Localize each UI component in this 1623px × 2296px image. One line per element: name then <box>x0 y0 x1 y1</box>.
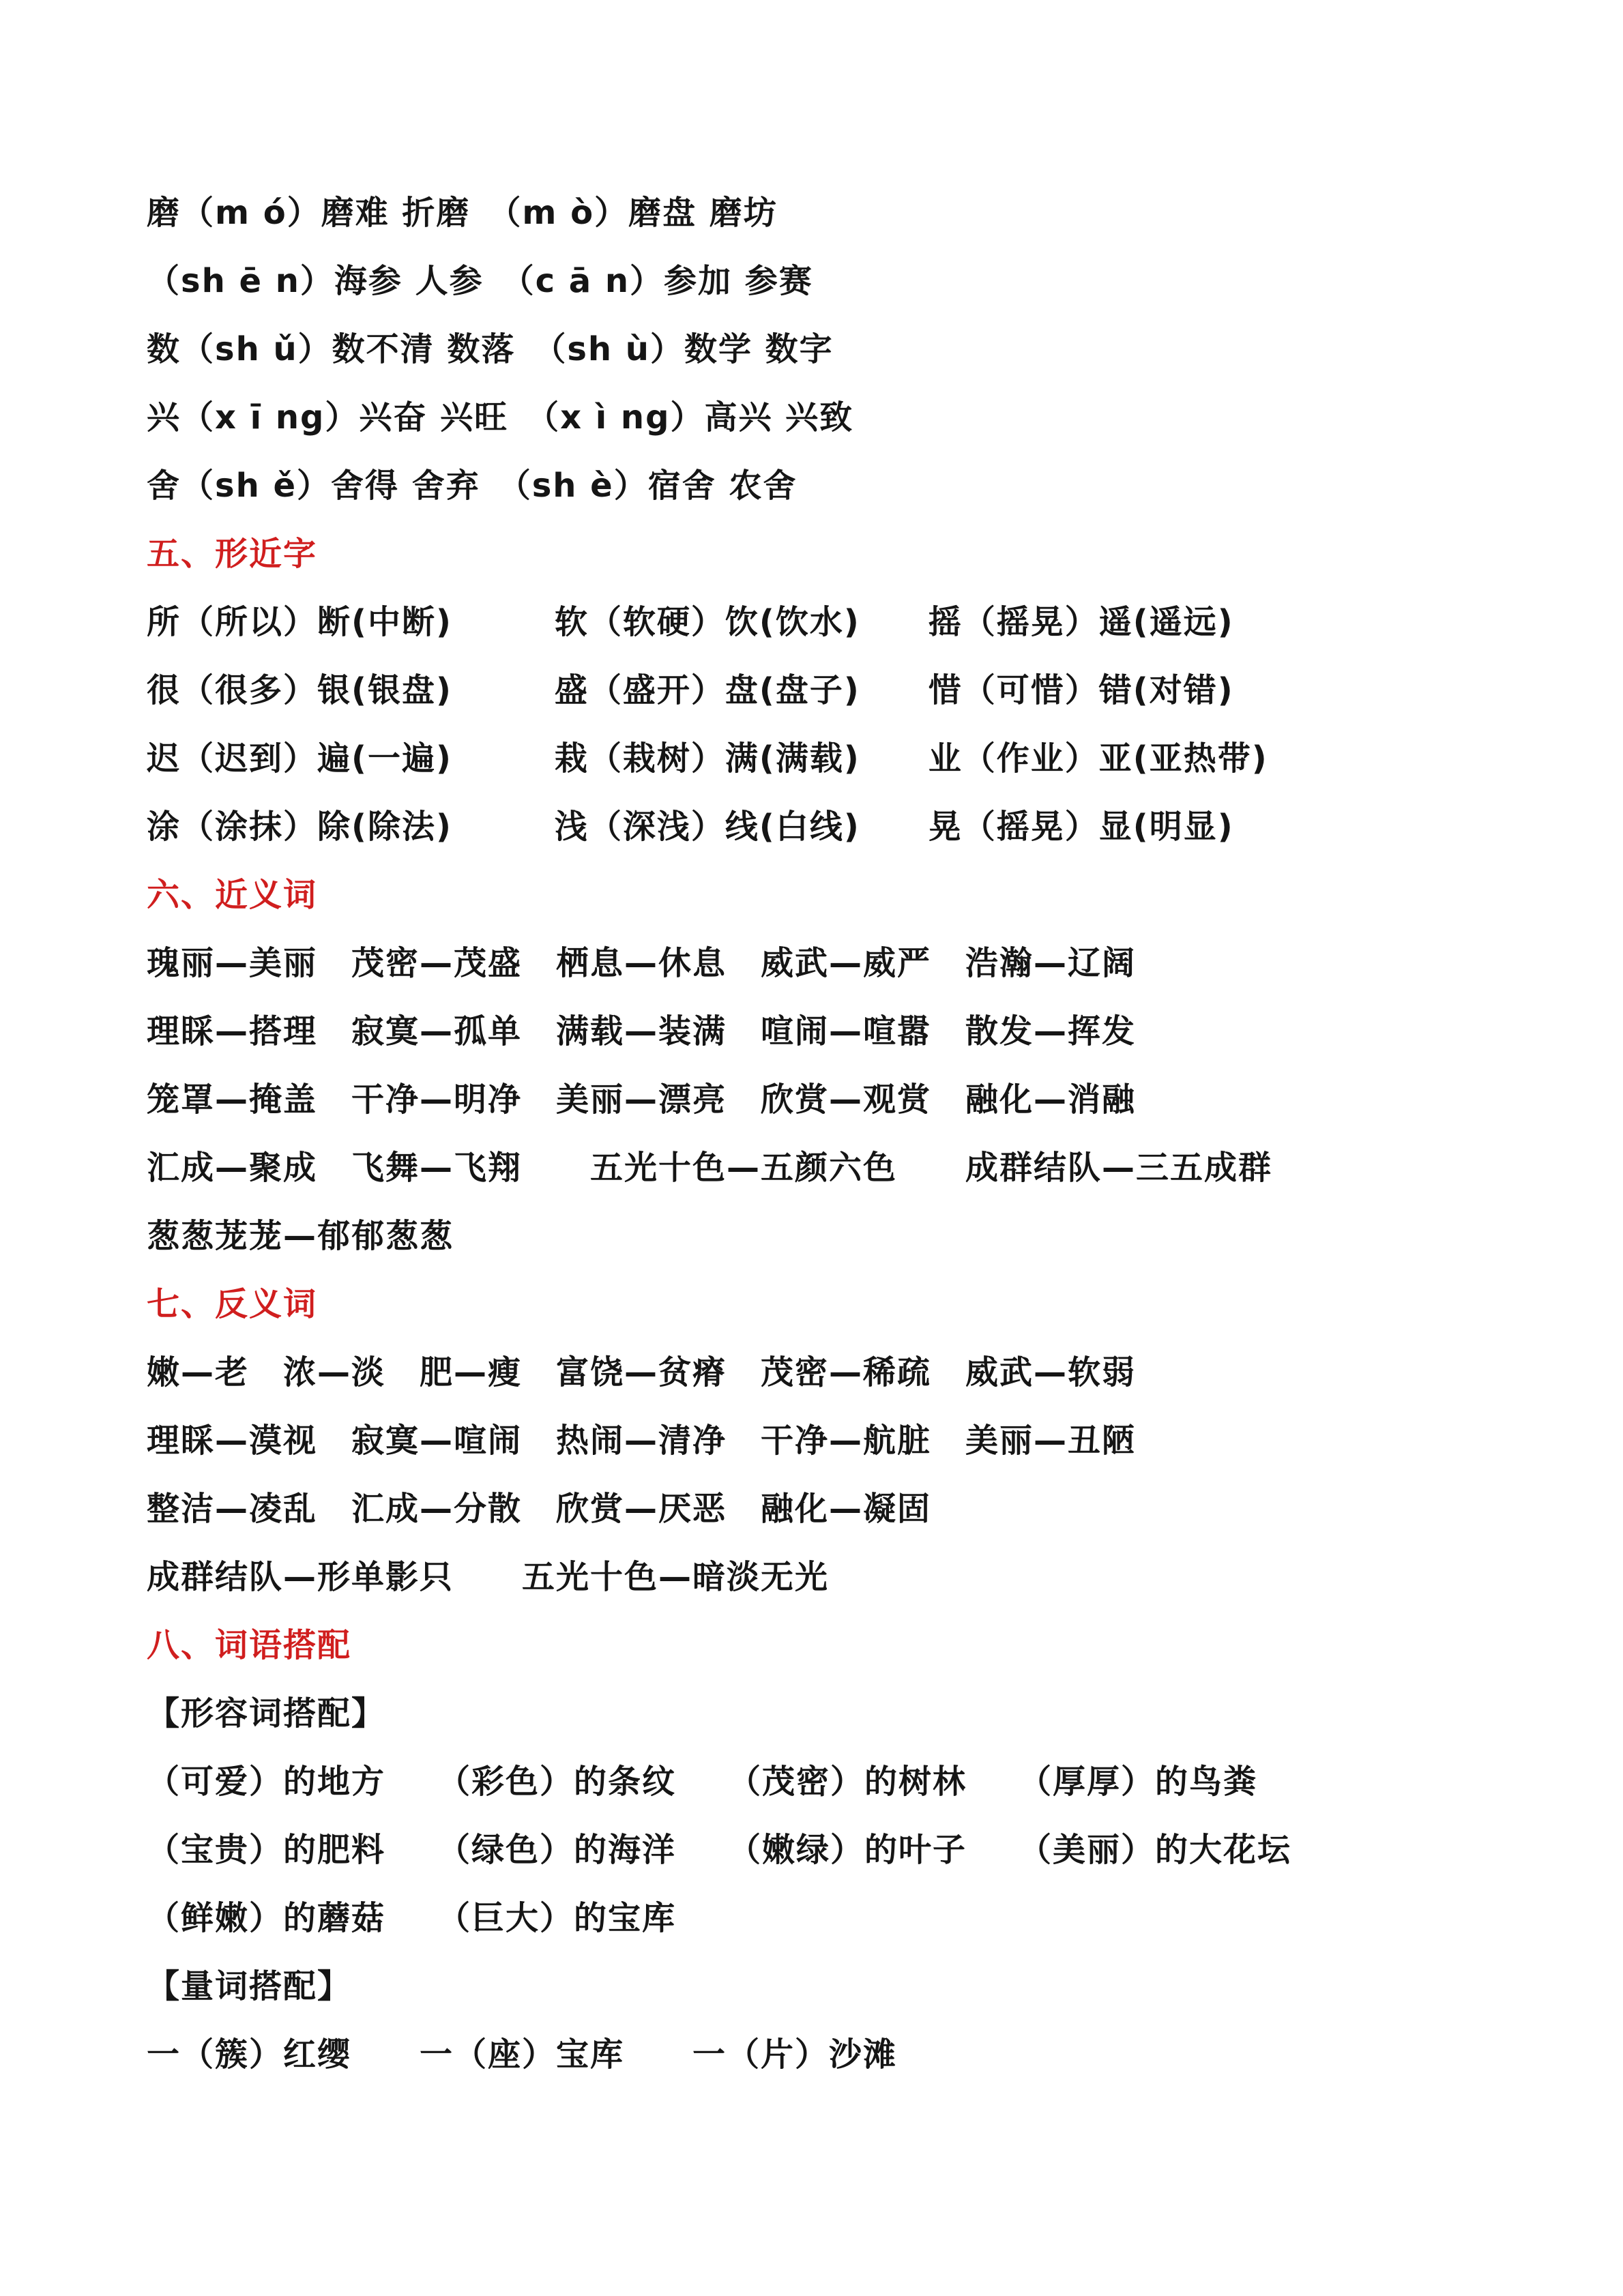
text-line: 葱葱茏茏—郁郁葱葱 <box>147 1202 1555 1270</box>
document-page: 磨（m ó）磨难 折磨 （m ò）磨盘 磨坊 （sh ē n）海参 人参 （c … <box>0 0 1623 2296</box>
subsection-heading-adjective-collocations: 【形容词搭配】 <box>147 1679 1555 1748</box>
text-line: 理睬—漠视 寂寞—喧闹 热闹—清净 干净—航脏 美丽—丑陋 <box>147 1407 1555 1475</box>
text-line: 成群结队—形单影只 五光十色—暗淡无光 <box>147 1543 1555 1611</box>
text-line: 整洁—凌乱 汇成—分散 欣赏—厌恶 融化—凝固 <box>147 1475 1555 1543</box>
section-heading-collocations: 八、词语搭配 <box>147 1611 1555 1679</box>
subsection-heading-measure-word-collocations: 【量词搭配】 <box>147 1952 1555 2020</box>
pinyin-line: （sh ē n）海参 人参 （c ā n）参加 参赛 <box>147 247 1555 315</box>
pinyin-line: 舍（sh ě）舍得 舍弃 （sh è）宿舍 农舍 <box>147 452 1555 520</box>
section-heading-synonyms: 六、近义词 <box>147 861 1555 929</box>
text-line: （可爱）的地方 （彩色）的条纹 （茂密）的树林 （厚厚）的鸟粪 <box>147 1748 1555 1816</box>
text-line: 很（很多）银(银盘) 盛（盛开）盘(盘子) 惜（可惜）错(对错) <box>147 656 1555 724</box>
text-line: 涂（涂抹）除(除法) 浅（深浅）线(白线) 晃（摇晃）显(明显) <box>147 793 1555 861</box>
pinyin-line: 数（sh ǔ）数不清 数落 （sh ù）数学 数字 <box>147 315 1555 383</box>
text-line: （宝贵）的肥料 （绿色）的海洋 （嫩绿）的叶子 （美丽）的大花坛 <box>147 1816 1555 1884</box>
text-line: 笼罩—掩盖 干净—明净 美丽—漂亮 欣赏—观赏 融化—消融 <box>147 1065 1555 1134</box>
pinyin-line: 兴（x ī ng）兴奋 兴旺 （x ì ng）高兴 兴致 <box>147 383 1555 452</box>
pinyin-line: 磨（m ó）磨难 折磨 （m ò）磨盘 磨坊 <box>147 179 1555 247</box>
text-line: （鲜嫩）的蘑菇 （巨大）的宝库 <box>147 1884 1555 1952</box>
text-line: 嫩—老 浓—淡 肥—瘦 富饶—贫瘠 茂密—稀疏 威武—软弱 <box>147 1338 1555 1407</box>
text-line: 所（所以）断(中断) 软（软硬）饮(饮水) 摇（摇晃）遥(遥远) <box>147 588 1555 656</box>
section-heading-similar-characters: 五、形近字 <box>147 520 1555 588</box>
text-line: 理睬—搭理 寂寞—孤单 满载—装满 喧闹—喧嚣 散发—挥发 <box>147 997 1555 1065</box>
text-line: 迟（迟到）遍(一遍) 栽（栽树）满(满载) 业（作业）亚(亚热带) <box>147 724 1555 793</box>
section-heading-antonyms: 七、反义词 <box>147 1270 1555 1338</box>
text-line: 一（簇）红缨 一（座）宝库 一（片）沙滩 <box>147 2020 1555 2089</box>
text-line: 瑰丽—美丽 茂密—茂盛 栖息—休息 威武—威严 浩瀚—辽阔 <box>147 929 1555 997</box>
text-line: 汇成—聚成 飞舞—飞翔 五光十色—五颜六色 成群结队—三五成群 <box>147 1134 1555 1202</box>
